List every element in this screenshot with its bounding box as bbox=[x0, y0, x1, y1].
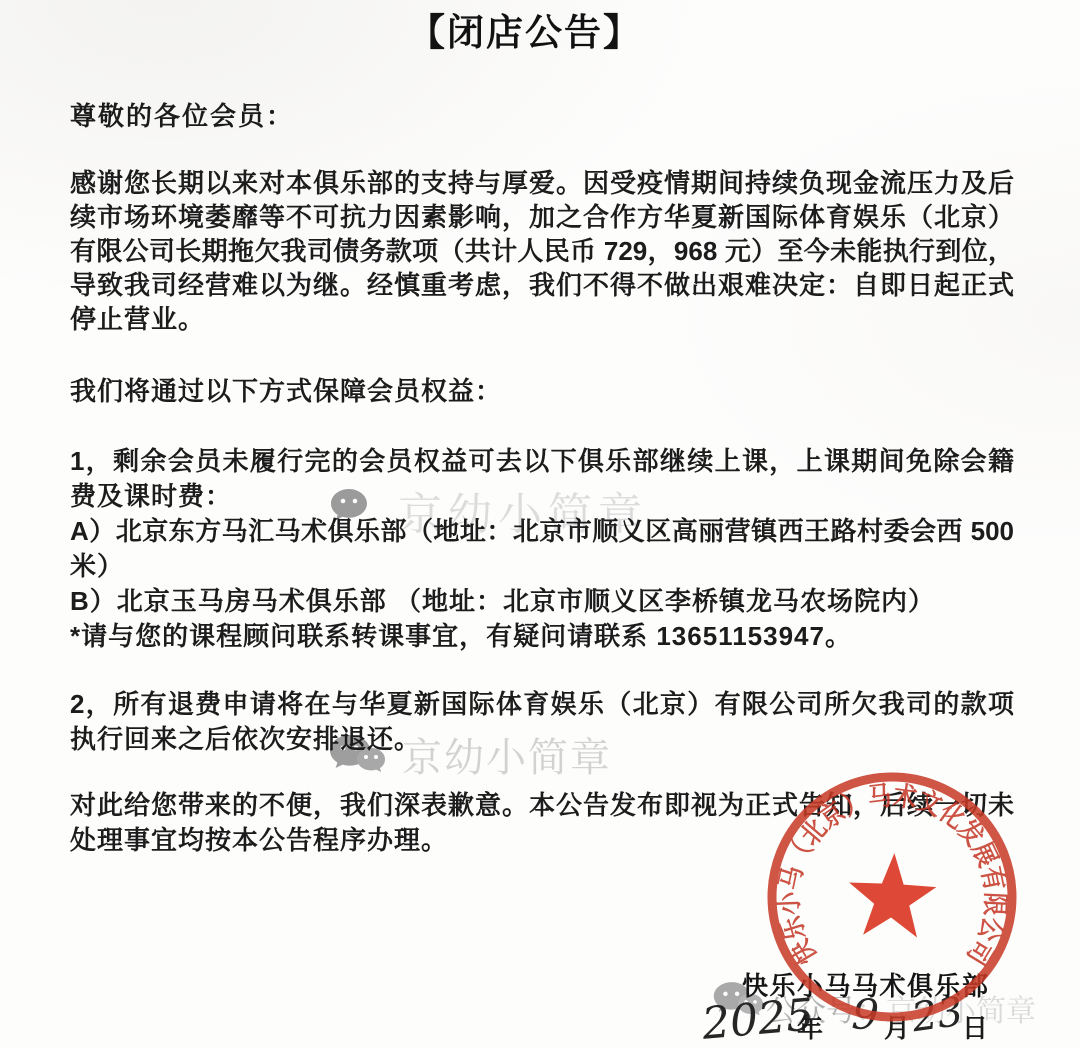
handwritten-day: 23 bbox=[909, 989, 966, 1042]
text-line: 1，剩余会员未履行完的会员权益可去以下俱乐部继续上课，上课期间免除会籍 bbox=[70, 444, 1014, 479]
paragraph-2: 我们将通过以下方式保障会员权益： bbox=[70, 374, 1014, 408]
paragraph-4-refunds: 2，所有退费申请将在与华夏新国际体育娱乐（北京）有限公司所欠我司的款项 执行回来… bbox=[70, 687, 1014, 757]
closure-notice-document: 京幼小简章 京幼小简章 公众号：京幼小简章 【闭店公告】 尊敬的各位会员： 感谢… bbox=[0, 0, 1080, 1048]
greeting-line: 尊敬的各位会员： bbox=[70, 96, 294, 133]
text-line: 2，所有退费申请将在与华夏新国际体育娱乐（北京）有限公司所欠我司的款项 bbox=[70, 687, 1014, 722]
paragraph-1: 感谢您长期以来对本俱乐部的支持与厚爱。因受疫情期间持续负现金流压力及后 续市场环… bbox=[70, 166, 1014, 336]
paragraph-5-apology: 对此给您带来的不便，我们深表歉意。本公告发布即视为正式告知，后续一切未 处理事宜… bbox=[70, 788, 1014, 858]
text-line: 对此给您带来的不便，我们深表歉意。本公告发布即视为正式告知，后续一切未 bbox=[70, 788, 1014, 823]
date-year-label: 年 bbox=[797, 1008, 823, 1045]
page-title: 【闭店公告】 bbox=[0, 2, 1050, 56]
date-day-label: 日 bbox=[962, 1008, 988, 1045]
date-month-label: 月 bbox=[884, 1008, 910, 1045]
text-line: 我们将通过以下方式保障会员权益： bbox=[70, 374, 1014, 408]
text-line: B）北京玉马房马术俱乐部 （地址：北京市顺义区李桥镇龙马农场院内） bbox=[70, 584, 1014, 619]
text-line: 停止营业。 bbox=[70, 302, 1014, 336]
paragraph-3-club-list: 1，剩余会员未履行完的会员权益可去以下俱乐部继续上课，上课期间免除会籍 费及课时… bbox=[70, 444, 1014, 654]
text-line: 导致我司经营难以为继。经慎重考虑，我们不得不做出艰难决定：自即日起正式 bbox=[70, 268, 1014, 302]
handwritten-month: 9 bbox=[850, 989, 880, 1040]
seal-star-icon bbox=[846, 851, 938, 939]
text-line: 续市场环境萎靡等不可抗力因素影响，加之合作方华夏新国际体育娱乐（北京） bbox=[70, 200, 1014, 234]
text-line: 费及课时费： bbox=[70, 479, 1014, 514]
text-line: 有限公司长期拖欠我司债务款项（共计人民币 729，968 元）至今未能执行到位， bbox=[70, 234, 1014, 268]
text-line: A）北京东方马汇马术俱乐部（地址：北京市顺义区高丽营镇西王路村委会西 500 bbox=[70, 514, 1014, 549]
text-line: 米） bbox=[70, 549, 1014, 584]
text-line: 感谢您长期以来对本俱乐部的支持与厚爱。因受疫情期间持续负现金流压力及后 bbox=[70, 166, 1014, 200]
text-line-phone: *请与您的课程顾问联系转课事宜，有疑问请联系 13651153947。 bbox=[70, 619, 1014, 654]
text-line: 处理事宜均按本公告程序办理。 bbox=[70, 823, 1014, 858]
text-line: 执行回来之后依次安排退还。 bbox=[70, 722, 1014, 757]
